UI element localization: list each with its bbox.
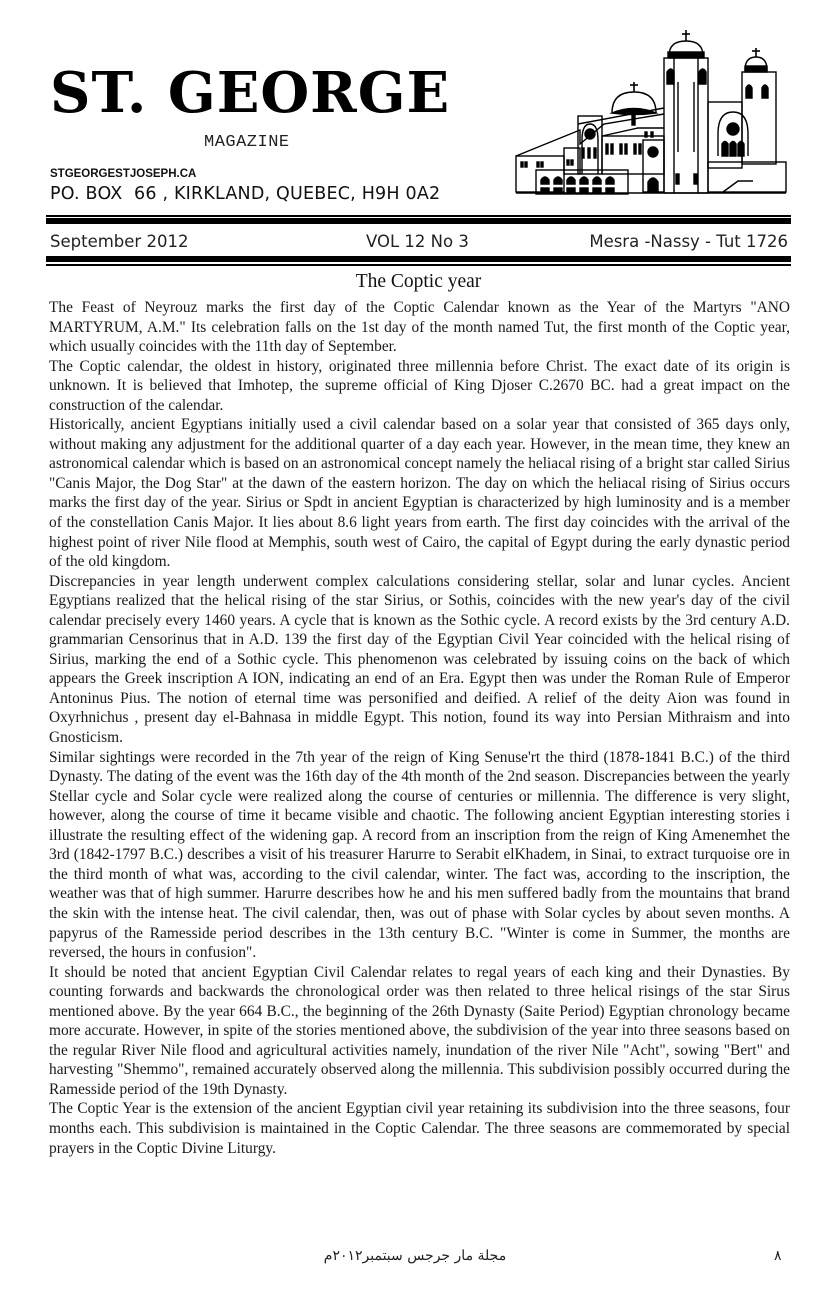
header-rule-thick-top [46,218,791,224]
article-paragraph: The Coptic calendar, the oldest in histo… [49,357,790,416]
issue-info-bar: September 2012 VOL 12 No 3 Mesra -Nassy … [50,230,790,254]
masthead-subtitle: MAGAZINE [204,133,290,153]
article-paragraph: Discrepancies in year length underwent c… [49,572,790,748]
article-paragraph: Historically, ancient Egyptians initiall… [49,415,790,571]
article-paragraph: Similar sightings were recorded in the 7… [49,748,790,963]
website-link[interactable]: STGEORGESTJOSEPH.CA [50,167,196,181]
footer-arabic-caption: مجلة مار جرجس سبتمبر٢٠١٢م [300,1246,530,1266]
church-illustration-icon [508,24,790,196]
header-rule-thin-bottom [46,264,791,266]
article-title: The Coptic year [0,269,837,295]
article-paragraph: The Coptic Year is the extension of the … [49,1099,790,1158]
article-paragraph: The Feast of Neyrouz marks the first day… [49,298,790,357]
mailing-address: PO. BOX 66 , KIRKLAND, QUEBEC, H9H 0A2 [50,183,440,205]
issue-volume: VOL 12 No 3 [366,230,469,254]
article-paragraph: It should be noted that ancient Egyptian… [49,963,790,1100]
issue-date: September 2012 [50,230,188,254]
issue-coptic-date: Mesra -Nassy - Tut 1726 [589,230,788,254]
header-rule-thick-bottom [46,256,791,262]
page-number: ٨ [774,1246,782,1266]
masthead-title: ST. GEORGE [50,58,450,128]
magazine-page: ST. GEORGE MAGAZINE STGEORGESTJOSEPH.CA … [0,0,837,1301]
article-body: The Feast of Neyrouz marks the first day… [49,298,790,1158]
header-rule-thin-top [46,215,791,217]
